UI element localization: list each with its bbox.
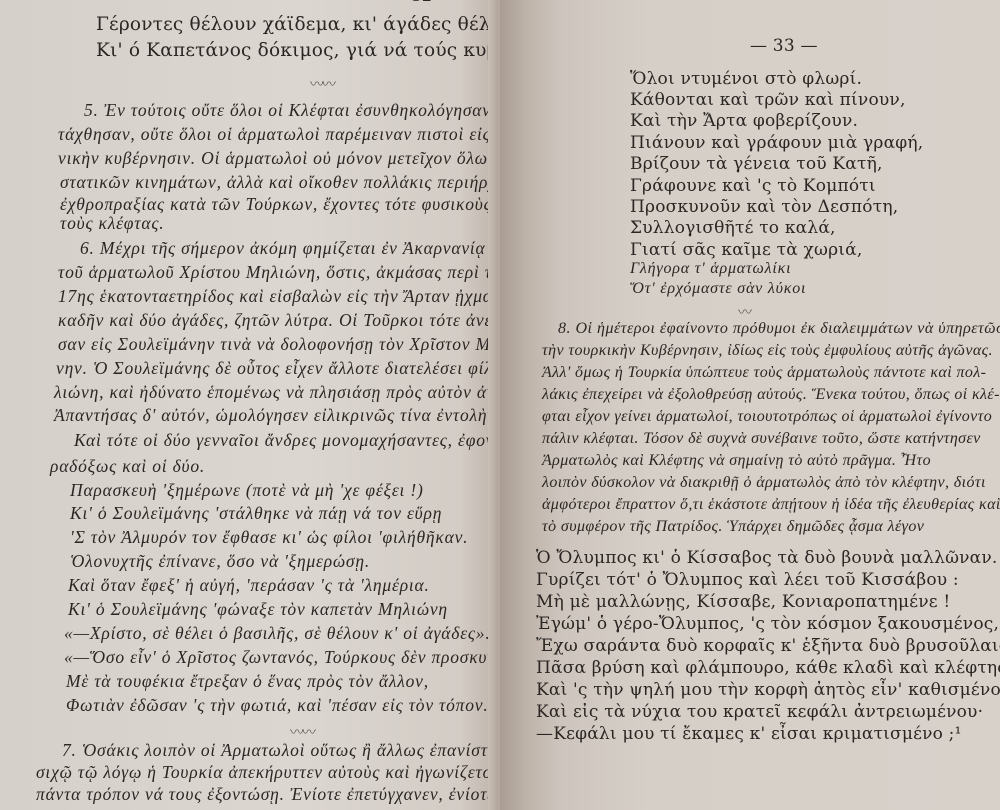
paragraph-line: σιχῷ τῷ λόγῳ ἡ Τουρκία ἀπεκήρυττεν αὐτοὺ… xyxy=(36,762,500,783)
verse-line: «—Ὅσο εἶν' ὁ Χρῖστος ζωντανός, Τούρκους … xyxy=(64,647,500,668)
paragraph-line: λιώνη, καὶ ἠδύνατο ἑπομένως νὰ πλησιάσῃ … xyxy=(54,382,500,403)
verse-line: Γέροντες θέλουν χάϊδεμα, κι' άγάδες θέλο… xyxy=(96,14,500,35)
paragraph-line: Ἀπαντήσας δ' αὐτόν, ὡμολόγησεν εἰλικρινῶ… xyxy=(54,405,500,426)
paragraph-line: πάντα τρόπον νά τους ἐξοντώσῃ. Ἐνίοτε ἐπ… xyxy=(36,784,500,805)
paragraph-line: 5. Ἐν τούτοις οὔτε ὅλοι οἱ Κλέφται ἐσυνθ… xyxy=(84,100,500,121)
right-page-lower xyxy=(500,0,1000,810)
ornament-divider: 〰〰 xyxy=(290,722,314,742)
paragraph-line: καδῆν καὶ δύο ἀγάδες, ζητῶν λύτρα. Οἱ Το… xyxy=(58,310,492,331)
verse-line: Παρασκευὴ 'ξημέρωνε (ποτὲ νὰ μὴ 'χε φέξε… xyxy=(70,480,424,501)
paragraph-line: 7. Ὁσάκις λοιπὸν οἱ Ἀρματωλοὶ οὕτως ἢ ἄλ… xyxy=(62,740,500,761)
verse-line: Φωτιὰν ἐδῶσαν 'ς τὴν φωτιά, καὶ 'πέσαν ε… xyxy=(66,695,489,716)
paragraph-line: Καὶ τότε οἱ δύο γενναῖοι ἄνδρες μονομαχή… xyxy=(74,430,500,451)
verse-line: Κι' ὁ Σουλεϊμάνης 'φώναξε τὸν καπετὰν Μη… xyxy=(68,599,448,620)
paragraph-line: νικὴν κυβέρνησιν. Οἱ ἁρματωλοὶ οὐ μόνον … xyxy=(58,148,500,169)
ornament-divider: 〰〰 xyxy=(310,74,334,94)
paragraph-line: 6. Μέχρι τῆς σήμερον ἀκόμη φημίζεται ἐν … xyxy=(80,238,500,259)
paragraph-line: σαν εἰς Σουλεϊμάνην τινὰ νὰ δολοφονήσῃ τ… xyxy=(58,334,500,355)
verse-line: Ὁλονυχτῆς ἐπίνανε, ὅσο νὰ 'ξημερώσῃ. xyxy=(70,551,370,572)
verse-line: Μὲ τὰ τουφέκια ἔτρεξαν ὁ ἕνας πρὸς τὸν ἄ… xyxy=(66,671,429,692)
paragraph-line: τοὺς κλέφτας. xyxy=(60,213,164,234)
verse-line: «—Χρίστο, σὲ θέλει ὁ βασιλῆς, σὲ θέλουν … xyxy=(64,623,491,644)
verse-line: 'Σ τὸν Ἀλμυρόν τον ἔφθασε κι' ὡς φίλοι '… xyxy=(70,527,468,548)
paragraph-line: νην. Ὁ Σουλεϊμάνης δὲ οὗτος εἶχεν ἄλλοτε… xyxy=(56,358,500,379)
paragraph-line: ραδόξως καὶ οἱ δύο. xyxy=(50,456,205,477)
paragraph-line: ἐχθροπραξίας κατὰ τῶν Τούρκων, ἔχοντες τ… xyxy=(60,194,500,215)
paragraph-line: τάχθησαν, οὔτε ὅλοι οἱ ἁρματωλοὶ παρέμει… xyxy=(58,124,500,145)
verse-line: Καὶ ὅταν ἔφεξ' ἡ αὐγή, 'περάσαν 'ς τὰ 'λ… xyxy=(68,575,430,596)
left-page: — 32 — Γέροντες θέλουν χάϊδεμα, κι' άγάδ… xyxy=(0,0,500,810)
paragraph-line: στατικῶν κινημάτων, ἀλλὰ καὶ οἴκοθεν πολ… xyxy=(60,172,500,193)
paragraph-line: 17ης ἑκατονταετηρίδος καὶ εἰσβαλὼν εἰς τ… xyxy=(58,286,500,307)
verse-line: Κι' ό Καπετάνος δόκιμος, γιά νά τούς κυβ… xyxy=(96,40,500,61)
left-page-header-fragment: — 32 — xyxy=(390,0,454,5)
paragraph-line: τοῦ ἁρματωλοῦ Χρίστου Μηλιώνη, ὅστις, ἀκ… xyxy=(58,262,500,283)
verse-line: Κι' ὁ Σουλεϊμάνης 'στάλθηκε νὰ πάῃ νά το… xyxy=(70,503,442,524)
